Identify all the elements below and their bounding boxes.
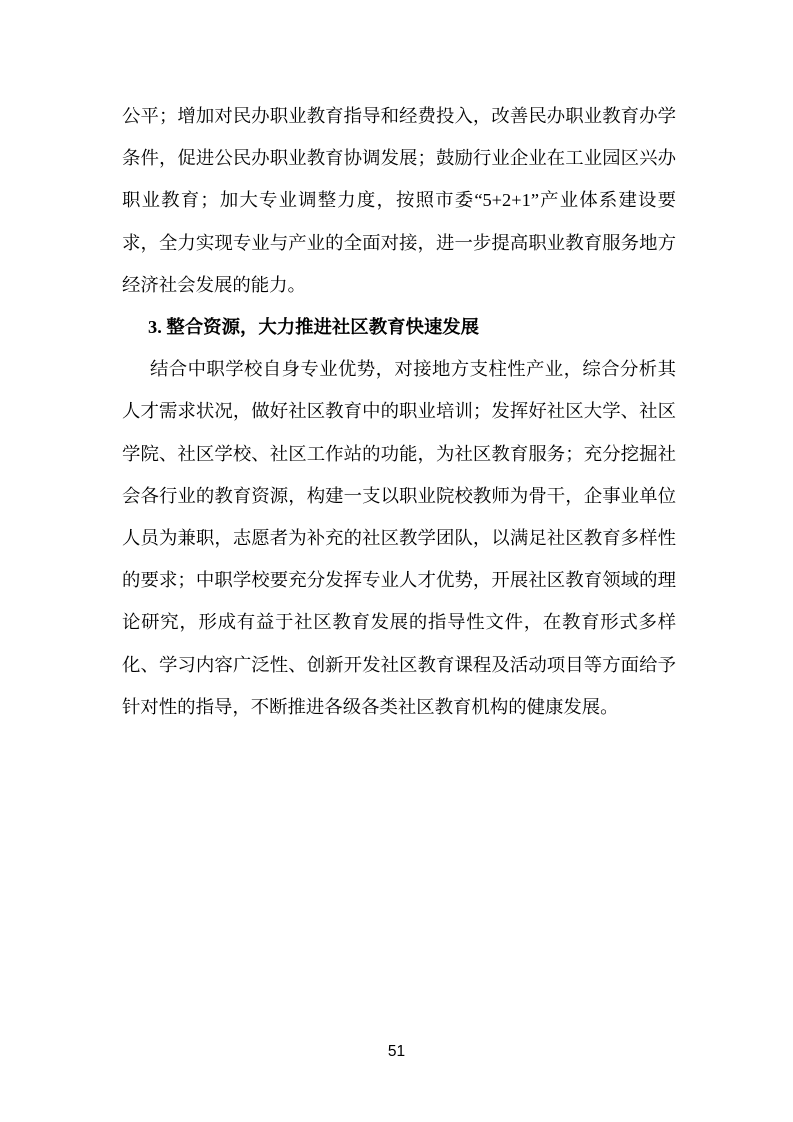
- text-block: 公平；增加对民办职业教育指导和经费投入，改善民办职业教育办学条件，促进公民办职业…: [122, 95, 676, 728]
- page-number: 51: [388, 1043, 405, 1060]
- section-heading: 3. 整合资源，大力推进社区教育快速发展: [122, 306, 676, 348]
- paragraph-continuation: 公平；增加对民办职业教育指导和经费投入，改善民办职业教育办学条件，促进公民办职业…: [122, 95, 676, 306]
- document-page: 公平；增加对民办职业教育指导和经费投入，改善民办职业教育办学条件，促进公民办职业…: [0, 0, 793, 1122]
- paragraph-body: 结合中职学校自身专业优势，对接地方支柱性产业，综合分析其人才需求状况，做好社区教…: [122, 348, 676, 728]
- page-footer: 51: [0, 1043, 793, 1061]
